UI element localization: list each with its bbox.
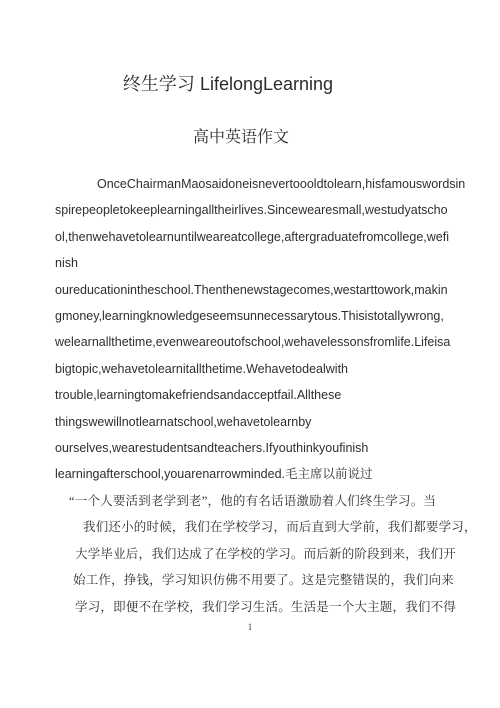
body-line: gmoney,learningknowledgeseemsunnecessary… — [55, 303, 455, 329]
body-line: bigtopic,wehavetolearnitallthetime.Wehav… — [55, 356, 455, 382]
document-page: 终生学习 LifelongLearning 高中英语作文 OnceChairma… — [0, 0, 500, 708]
body-line: OnceChairmanMaosaidoneisnevertoooldtolea… — [55, 171, 455, 197]
body-line: ourselves,wearestudentsandteachers.Ifyou… — [55, 435, 455, 461]
document-title-chinese: 终生学习 — [123, 74, 195, 94]
body-line: 我们还小的时候，我们在学校学习，而后直到大学前，我们都要学习， — [55, 514, 455, 540]
body-line-english-part: learningafterschool,youarenarrowminded. — [55, 467, 285, 481]
body-line: 学习，即便不在学校，我们学习生活。生活是一个大主题，我们不得 — [55, 594, 455, 620]
page-number: 1 — [0, 621, 500, 633]
body-line: spirepeopletokeeplearningalltheirlives.S… — [55, 197, 455, 223]
body-line-mixed: learningafterschool,youarenarrowminded.毛… — [55, 461, 455, 487]
body-line: thingswewillnotlearnatschool,wehavetolea… — [55, 409, 455, 435]
document-title-english: LifelongLearning — [200, 74, 333, 94]
body-line: welearnallthetime,evenweareoutofschool,w… — [55, 329, 455, 355]
body-line: 始工作，挣钱，学习知识仿佛不用要了。这是完整错误的，我们向来 — [55, 567, 455, 593]
document-title: 终生学习 LifelongLearning — [0, 72, 456, 96]
body-line: “一个人要活到老学到老”，他的有名话语激励着人们终生学习。当 — [55, 488, 455, 514]
body-line: trouble,learningtomakefriendsandacceptfa… — [55, 382, 455, 408]
body-line: oureducationintheschool.Thenthenewstagec… — [55, 277, 455, 303]
body-line: nish — [55, 250, 455, 276]
body-line: 大学毕业后，我们达成了在学校的学习。而后新的阶段到来，我们开 — [55, 541, 455, 567]
essay-body: OnceChairmanMaosaidoneisnevertoooldtolea… — [55, 171, 455, 620]
body-line-chinese-part: 毛主席以前说过 — [285, 467, 373, 481]
body-line: ol,thenwehavetolearnuntilweareatcollege,… — [55, 224, 455, 250]
document-subtitle: 高中英语作文 — [0, 127, 482, 149]
